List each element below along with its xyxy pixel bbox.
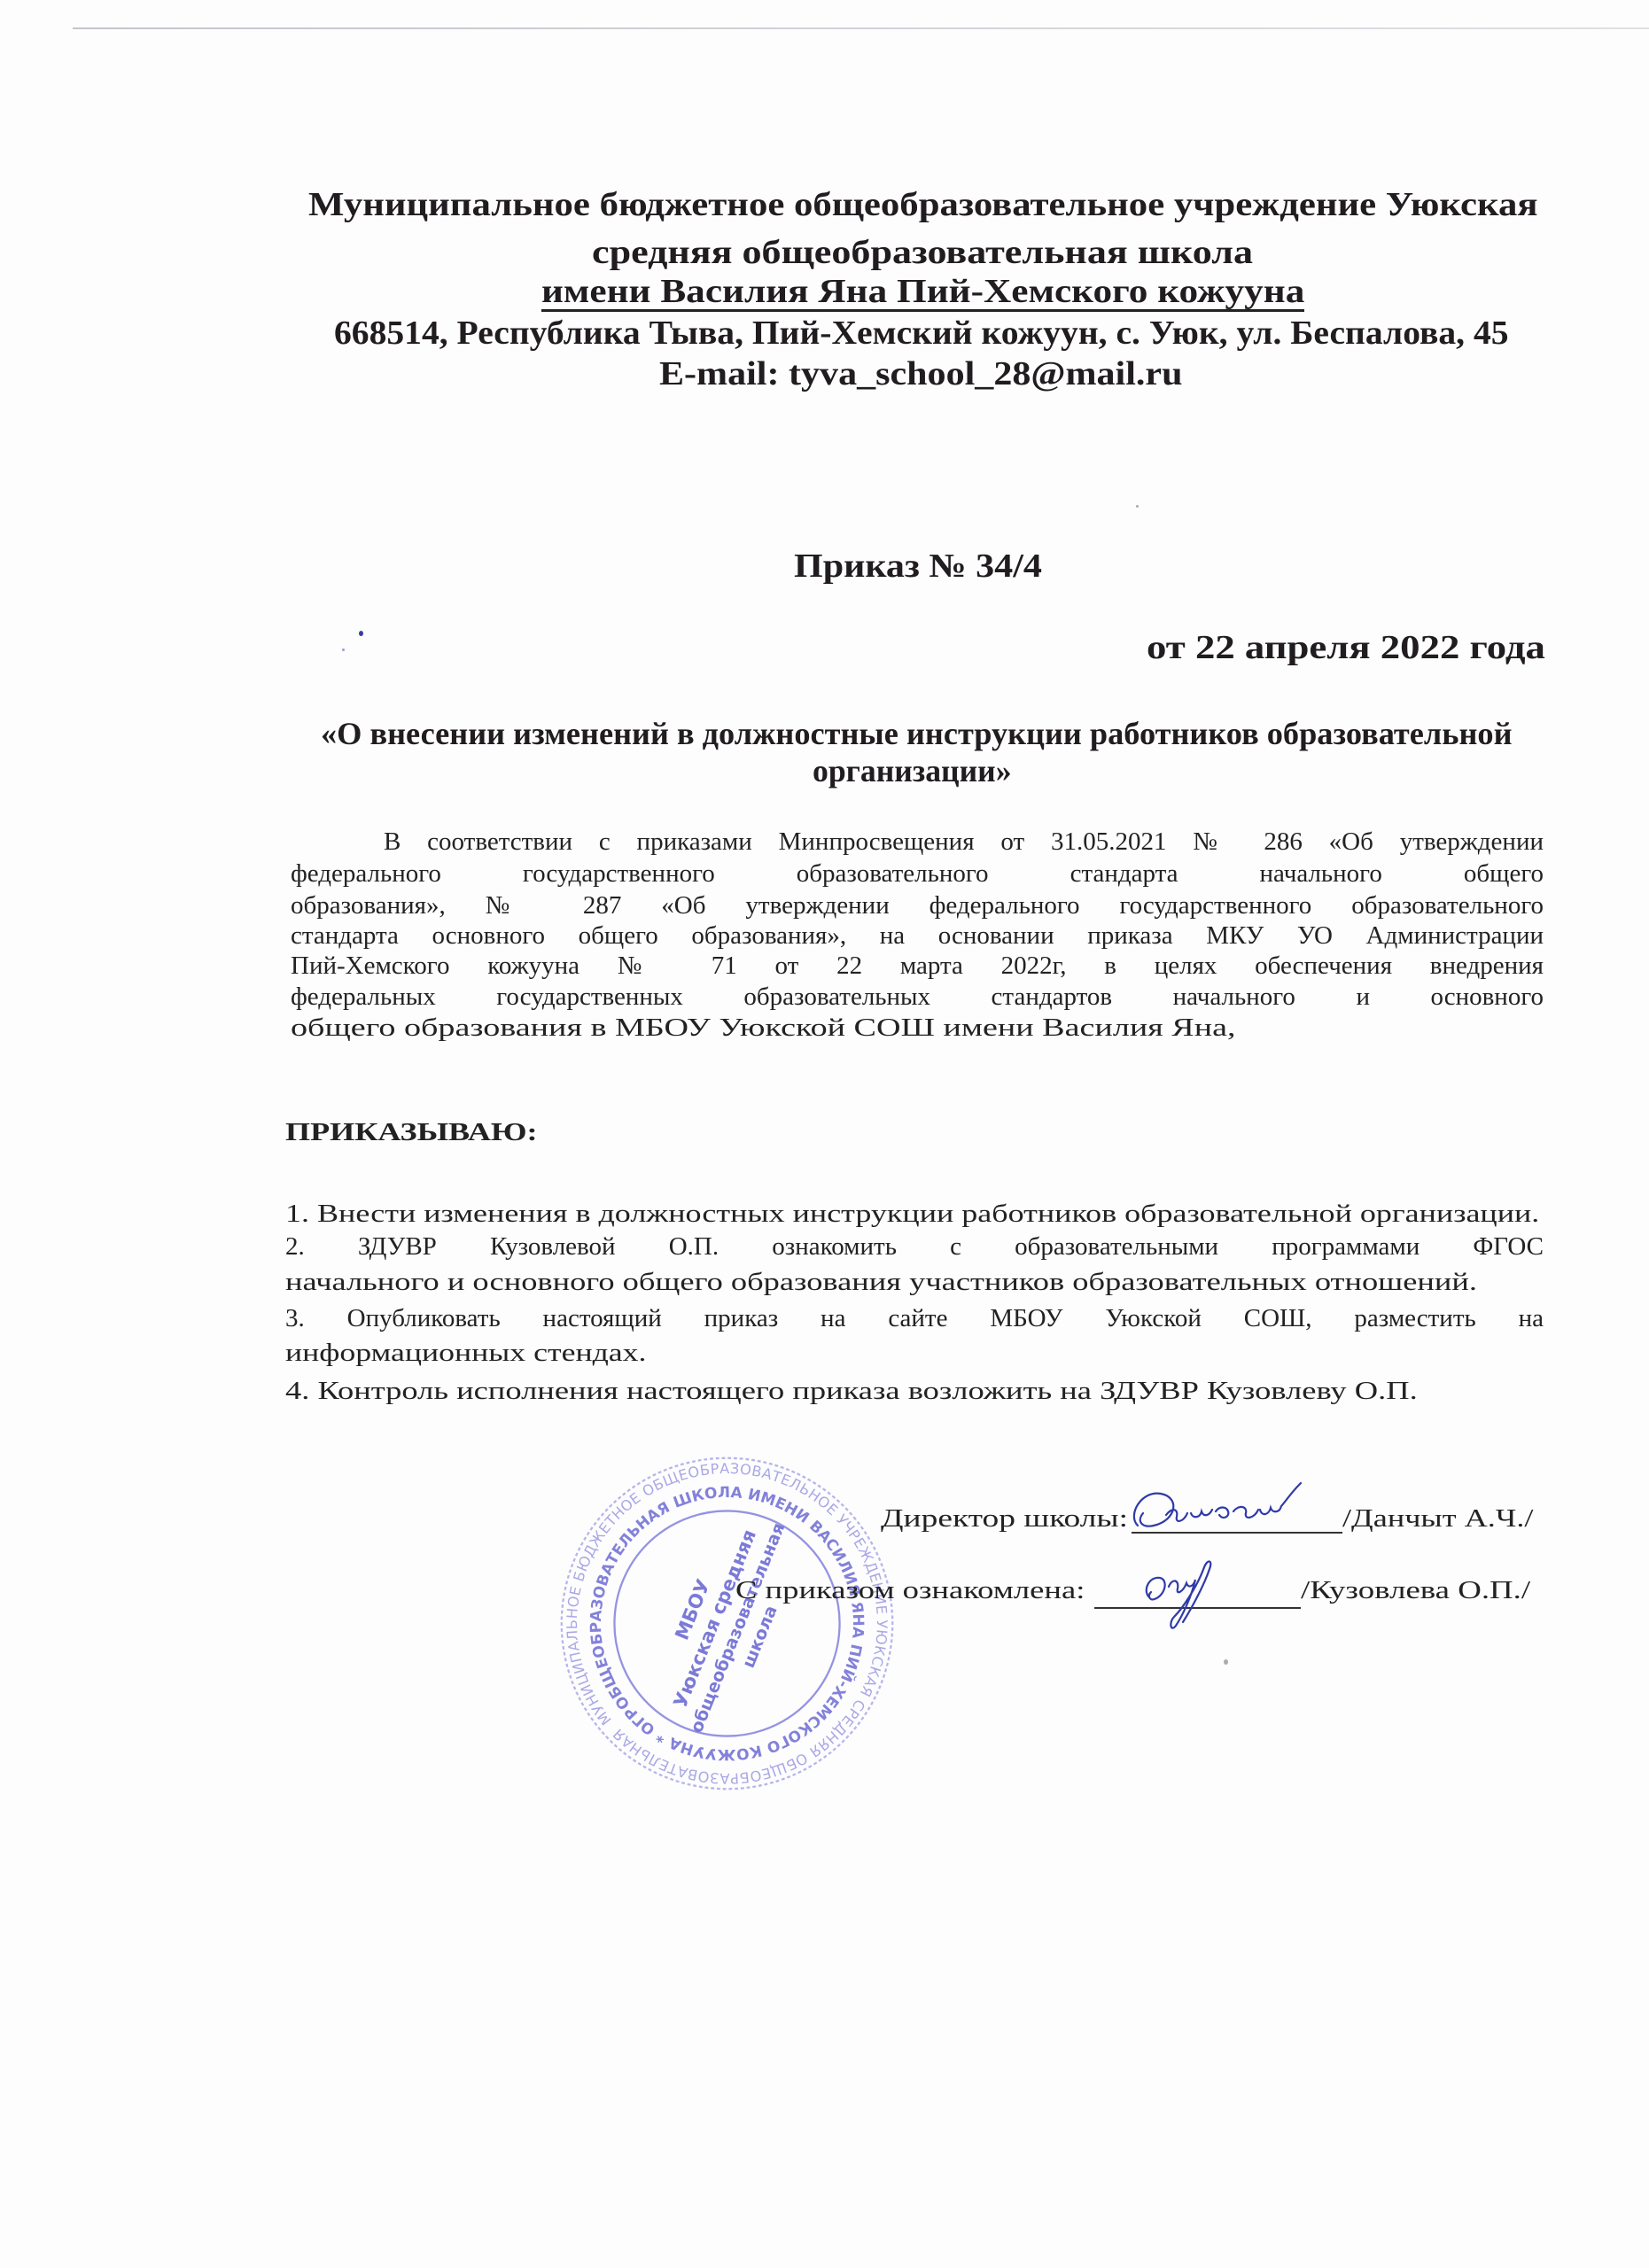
acquainted-handwritten-signature bbox=[1139, 1555, 1254, 1636]
scan-speck bbox=[1136, 505, 1139, 508]
letterhead-school-line: средняя общеобразовательная школа bbox=[592, 236, 1253, 269]
acquainted-label: С приказом ознакомлена: bbox=[735, 1578, 1085, 1604]
directive-item-2-cont: начального и основного общего образовани… bbox=[285, 1270, 1477, 1295]
preamble-line: В соответствии с приказами Минпросвещени… bbox=[384, 829, 1544, 855]
preamble-line: общего образования в МБОУ Уюкской СОШ им… bbox=[291, 1015, 1236, 1041]
director-handwritten-signature bbox=[1125, 1481, 1351, 1536]
scan-speck bbox=[359, 631, 363, 636]
preamble-line: образования», № 287 «Об утверждении феде… bbox=[291, 893, 1544, 919]
directive-item-1: 1. Внести изменения в должностных инстру… bbox=[285, 1201, 1539, 1227]
preamble-line: федерального государственного образовате… bbox=[291, 861, 1544, 887]
directive-item-4: 4. Контроль исполнения настоящего приказ… bbox=[285, 1379, 1418, 1404]
letterhead-org-line: Муниципальное бюджетное общеобразователь… bbox=[308, 188, 1538, 221]
directive-item-2: 2. ЗДУВР Кузовлевой О.П. ознакомить с об… bbox=[285, 1234, 1544, 1260]
scan-speck bbox=[1224, 1659, 1228, 1665]
letterhead-address-line: 668514, Республика Тыва, Пий-Хемский кож… bbox=[334, 316, 1509, 350]
director-label: Директор школы: bbox=[881, 1506, 1128, 1532]
directive-item-3: 3. Опубликовать настоящий приказ на сайт… bbox=[285, 1306, 1544, 1332]
preamble-line: стандарта основного общего образования»,… bbox=[291, 923, 1544, 949]
preamble-line: Пий-Хемского кожууна № 71 от 22 марта 20… bbox=[291, 953, 1544, 979]
directive-item-3-cont: информационных стендах. bbox=[285, 1340, 646, 1366]
letterhead-email-line: E-mail: tyva_school_28@mail.ru bbox=[659, 357, 1182, 391]
official-stamp: МУНИЦИПАЛЬНОЕ БЮДЖЕТНОЕ ОБЩЕОБРАЗОВАТЕЛЬ… bbox=[556, 1453, 898, 1794]
preamble-line: федеральных государственных образователь… bbox=[291, 984, 1544, 1010]
order-title-line: организации» bbox=[813, 755, 1012, 787]
directive-heading: ПРИКАЗЫВАЮ: bbox=[285, 1120, 538, 1146]
order-number: Приказ № 34/4 bbox=[794, 549, 1042, 583]
director-name: /Данчыт А.Ч./ bbox=[1342, 1506, 1533, 1532]
order-title-line: «О внесении изменений в должностные инст… bbox=[321, 718, 1513, 750]
scan-page-edge bbox=[73, 27, 1649, 29]
scan-speck bbox=[342, 649, 345, 651]
order-date: от 22 апреля 2022 года bbox=[1147, 631, 1545, 664]
letterhead-name-line: имени Василия Яна Пий-Хемского кожууна bbox=[541, 275, 1304, 312]
acquainted-name: /Кузовлева О.П./ bbox=[1301, 1578, 1530, 1604]
